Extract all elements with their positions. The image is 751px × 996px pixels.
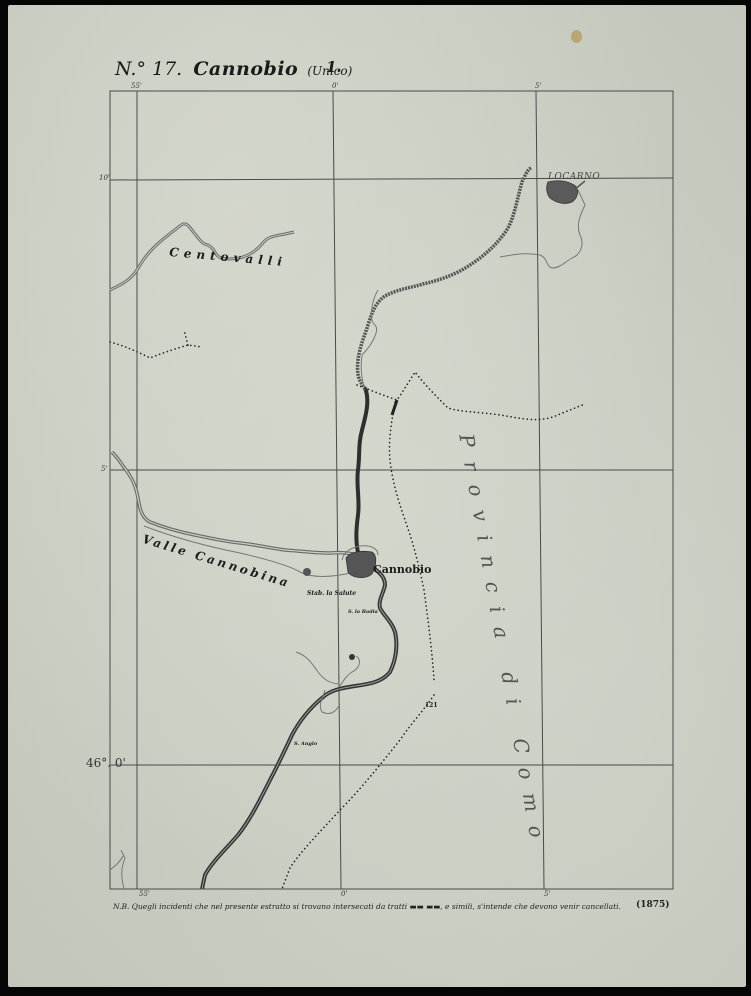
sheet-number: N.° 17.	[115, 58, 182, 80]
label-cannobio: Cannobio	[373, 563, 431, 576]
label-121: 121	[425, 702, 438, 709]
map-title: N.° 17. Cannobio (Unico) 1.	[115, 58, 352, 80]
tick-top-0: 0'	[332, 82, 338, 90]
map-drawing	[0, 0, 751, 996]
tick-top-55: 55'	[131, 82, 142, 90]
cannobino-river	[112, 452, 360, 577]
tick-left-10: 10'	[99, 174, 110, 182]
sheet-name: Cannobio	[193, 58, 298, 80]
tick-top-5: 5'	[535, 82, 541, 90]
label-s-anglo: S. Anglo	[294, 741, 317, 747]
footnote: N.B. Quegli incidenti che nel presente e…	[113, 902, 621, 911]
locarno-town	[547, 181, 578, 204]
label-s-la-badia: S. la Badia	[348, 609, 378, 615]
sheet-page-number: 1.	[326, 58, 342, 76]
lake-marker	[349, 654, 355, 660]
tick-bottom-55: 55'	[139, 890, 150, 898]
locarno-pier	[574, 181, 585, 190]
tick-bottom-5: 5'	[544, 890, 550, 898]
tick-left-5: 5'	[101, 465, 107, 473]
label-stab-salute: Stab. la Salute	[307, 590, 356, 597]
tick-left-46: 46°. 0'	[86, 756, 126, 770]
grid-lines	[110, 91, 673, 889]
tick-bottom-0: 0'	[341, 890, 347, 898]
map-year: (1875)	[636, 900, 670, 910]
tributaries	[110, 190, 585, 889]
label-locarno: LOCARNO	[548, 172, 600, 182]
